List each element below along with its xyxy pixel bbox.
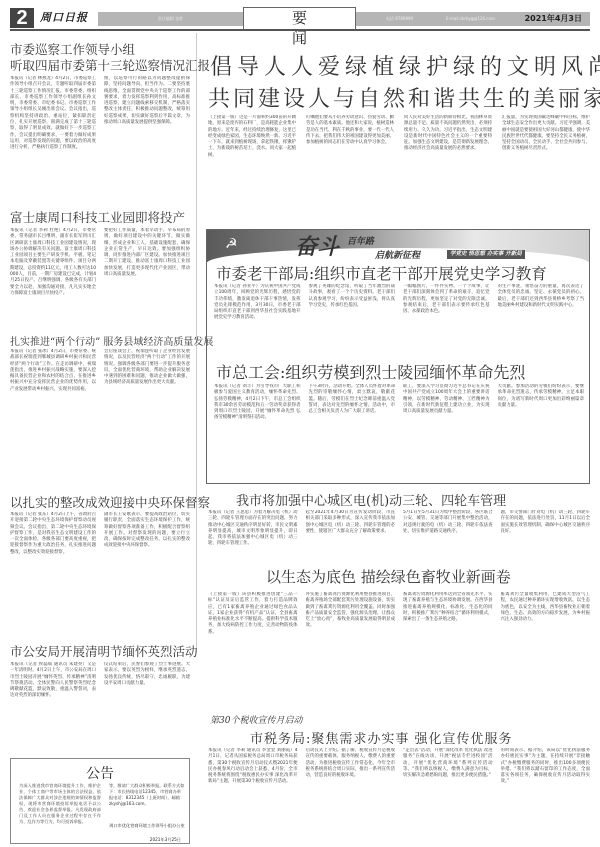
article-column: 本报讯（记者 王思思）为着力解决电（机）动三轮、四轮车管理方面存在的突出问题，努… xyxy=(208,510,298,572)
article-column: 本报讯（记者 侯磊斌 通讯员 朱建亮）又是一年清明时。4月2日上午，市公安局在周… xyxy=(10,662,96,752)
article-headline-tax: 市税务局:聚焦需求办实事 强化宣传优服务 xyxy=(250,728,513,747)
hammer-sickle-icon: ☭ xyxy=(225,236,238,252)
article-headline-env-inspection: 以扎实的整改成效迎接中央环保督察 xyxy=(10,493,210,511)
article-headline-vehicles: 我市将加强中心城区电(机)动三轮、四轮车管理 xyxy=(236,490,506,509)
article-body-inspection: 本报讯（记者 林燕龙）4月2日，市委巡察工作领导小组召开会议，专题听取四届市委第… xyxy=(10,76,190,180)
newspaper-logo: 周口日报 xyxy=(40,9,88,25)
article-column: 要把好工作质量，本着早动手、早布局的原则，做好项目建设中的关键环节，做实做细，形… xyxy=(104,228,190,322)
telephone: 电话 8789999 xyxy=(386,12,413,26)
article-column: 5月1日至5月31日为集中整治阶段，各区联合公安、城管、交通等部门开展集中整治活… xyxy=(403,510,493,572)
article-column: 副市长王安歌表示，要提高政治站位，切实履行职责，全面落实生态环境保护工作，统筹做… xyxy=(104,512,190,632)
article-body-retired-cadres: 本报讯（记者 孙亚平）为庆祝中国共产党成立100周年，回顾党的光辉历程，感悟党的… xyxy=(214,284,584,328)
masthead-rule xyxy=(10,29,590,31)
article-column: 会后座谈会上，祝瑞莲听取了企业经营发展情况，以及民营经济“两个行动”工作的开展情… xyxy=(104,349,190,489)
article-column: 起至2021年4月30日为宣传发动阶段，市直相关部门采取多种形式，深入宣传我市依… xyxy=(306,510,396,572)
article-column: 的时间表示。据介绍，该局以“优化执法服务 办好惠民实事”为主题，在持续开展“非接… xyxy=(501,748,591,842)
article-body-trade-union: 本报讯（记者 刘丰）为引导我市广大职工积极参与爱国主义教育活动，缅怀革命先烈、弘… xyxy=(214,384,584,478)
article-headline-trade-union: 市总工会:组织劳模到烈士陵园缅怀革命先烈 xyxy=(216,360,525,383)
article-column: “走出去”活动，开展“深化改革 优化执法 改进服务”在线访谈，开展“税法专栏进校… xyxy=(403,748,493,842)
banner-tags: 学党史 悟思想 办实事 开新局 xyxy=(447,250,525,259)
lead-headline-line1: 倡导人人爱绿植绿护绿的文明风尚 xyxy=(210,50,600,81)
article-headline-foxconn: 富士康周口科技工业园即将投产 xyxy=(10,208,185,226)
banner-title: 奋斗 xyxy=(295,230,339,261)
article-body-vehicles: 本报讯（记者 王思思）为着力解决电（机）动三轮、四轮车管理方面存在的突出问题，努… xyxy=(208,510,590,572)
masthead-bar-right: 电话 8789999 E-mail:zkrbyg@126.com 2021年4月… xyxy=(356,12,590,26)
article-column: 大贡献。参加活动的劳模们纷纷表示，要继承革命先烈遗志，传承劳模精神，立足本职岗位… xyxy=(498,384,585,478)
notice-body-left: 为深入推进我市营商环境提升工作，维护企业、个体工商户等市场主体的合法权益，依法保… xyxy=(19,783,101,841)
article-column: 推，以巡察可行的路以为问题整改提供保障，坚持问题导向、担当作为。二要坚持底线思维… xyxy=(104,76,190,180)
article-body-police: 本报讯（记者 侯磊斌 通讯员 朱建亮）又是一年清明时。4月2日上午，市公安局在周… xyxy=(10,662,190,752)
article-headline-two-actions: 扎实推进“两个行动” 服务县域经济高质量发展 xyxy=(10,333,213,348)
banner-line1: 百年路 xyxy=(347,234,374,247)
page-number: 2 xyxy=(10,8,34,28)
article-column: 汇报量，为实现我国碳达峰碳中和目标，维护全球生态安全作出更大贡献。习近平强调，美… xyxy=(502,115,590,219)
article-body-env-inspection: 本报讯（记者 张东）4月2日上午，省政府召开迎接第二轮中央生态环境保护督察动员视… xyxy=(10,512,190,632)
article-body-tax: 本报讯（记者 李莉 通讯员 李金金 刘丽霞）4月1日，记者从国家税务总局周口市税… xyxy=(208,748,590,842)
notice-date: 2021年3月25日 xyxy=(150,837,181,843)
article-column: 题，市交警部门针对电（机）动三轮、四轮车存在的问题，依法进行处罚，11月1日以后… xyxy=(501,510,591,572)
banner-line2: 启航新征程 xyxy=(375,248,420,261)
notice-title: 公告 xyxy=(11,763,189,783)
article-column: 的生产事迹，领悟奋力的重量，再次表达了全体党员的忠诚、坚定、永葆党员的初心。最后… xyxy=(498,284,585,328)
email: E-mail:zkrbyg@126.com xyxy=(446,12,495,26)
article-column: 并实施了畜禽粪污资源化利用整县推进项目，畜禽养殖场全部配套粪污处理设施设备，切实… xyxy=(306,592,396,710)
article-column: 下午3时许，活动开始。全体人员怀着对革命先烈的崇敬缅怀心情，肃立默哀，敬献花篮。… xyxy=(309,384,396,478)
article-column: （上接第一版）这是一片面积约300亩的开阔地，原来是废弃的石料厂，是高耗能企业集… xyxy=(208,115,296,219)
article-headline-inspection-line2: 听取四届市委第十三轮巡察情况汇报 xyxy=(10,56,210,74)
article-column: 本报讯（记者 刘丰）为引导我市广大职工积极参与爱国主义教育活动，缅怀革命先烈、弘… xyxy=(214,384,301,478)
editor-info: 责任编辑 张胜 xyxy=(98,12,243,26)
issue-date: 2021年4月3日 xyxy=(525,12,582,26)
article-body-ecology: （上接第一版）该县积极推进创建“三品一标”认证及证后监管工作，着力打造品牌效应，… xyxy=(208,592,590,710)
article-column: 畜禽粪污全量收集利用，已建成大型沼气工程，农民通过种养循环实现增收致富。以生态为… xyxy=(501,592,591,710)
article-headline-ecology: 以生态为底色 描绘绿色畜牧业新画卷 xyxy=(266,566,511,587)
article-column: 一幅幅图片、一件件实物、一个个故事，让老干部们深刻体会到了革命的艰辛，追忆党的光… xyxy=(403,284,490,328)
article-column: 仪式结束后，民警们参观了烈士事迹展。大家表示，要以英烈为榜样，继承英烈遗志，发扬… xyxy=(104,662,190,752)
article-headline-retired-cadres: 市委老干部局:组织市直老干部开展党史学习教育 xyxy=(216,262,547,284)
article-headline-police: 市公安局开展清明节缅怀英烈活动 xyxy=(10,642,198,660)
article-column: （上接第一版）该县积极推进创建“三品一标”认证及证后监管工作，着力打造品牌效应，… xyxy=(208,592,298,710)
article-column: 同人民对美好生活的新期待相比，我国林草资源总量不足、质量不高问题仍然突出，必须持… xyxy=(404,115,492,219)
article-column: 本报讯（记者 孙亚平）为庆祝中国共产党成立100周年，回顾党的光辉历程，感悟党的… xyxy=(214,284,301,328)
article-column: 本报讯（记者 李莉 通讯员 李金金 刘丽霞）4月1日，记者从国家税务总局周口市税… xyxy=(208,748,298,842)
article-body-foxconn: 本报讯（记者 李莉 杜艳）4月2日，市委常委、常务副市长吕继明，副市长崔军到川汇… xyxy=(10,228,190,322)
article-body-two-actions: 本报讯（记者 张冰）4月2日，市委常委、统战部长祝瑞莲到郸城县调研乡村振兴和民营… xyxy=(10,349,190,489)
article-column: 本报讯（记者 张冰）4月2日，市委常委、统战部长祝瑞莲到郸城县调研乡村振兴和民营… xyxy=(10,349,96,489)
masthead: 2 周口日报 责任编辑 张胜 要闻 电话 8789999 E-mail:zkrb… xyxy=(0,0,600,30)
masthead-bar-left: 责任编辑 张胜 xyxy=(98,12,243,26)
article-column: 本报讯（记者 张东）4月2日上午，省政府召开迎接第二轮中央生态环境保护督察动员视… xyxy=(10,512,96,632)
lead-headline-line2: 共同建设人与自然和谐共生的美丽家园 xyxy=(208,82,600,113)
section-title: 要闻 xyxy=(243,7,356,29)
article-column: 本报讯（记者 林燕龙）4月2日，市委巡察工作领导小组召开会议，专题听取四届市委第… xyxy=(10,76,96,180)
lead-article-body: （上接第一版）这是一片面积约300亩的开阔地，原来是废弃的石料厂，是高耗能企业集… xyxy=(208,115,590,219)
party-history-banner: ☭ 奋斗 百年路 启航新征程 学党史 悟思想 办实事 开新局 xyxy=(207,230,589,262)
article-column: 启动仪式上介绍。据了解，税收宣传月是税收宣传的重要载体，服务纳税人、缴费人的重要… xyxy=(306,748,396,842)
public-notice-box: 公告 为深入推进我市营商环境提升工作，维护企业、个体工商户等市场主体的合法权益，… xyxy=(10,758,190,844)
article-column: 畜禽粪污资源化利用率达到全省领先水平，实现了畜禽养殖与生态环境协调发展。在西华县… xyxy=(403,592,493,710)
article-column: 叮嘱他们要从小培养劳动意识、热爱劳动、勤劳是人的基本素质。他还和大家说，植树造林… xyxy=(306,115,394,219)
article-column: 参观了英雄的纪念馆，听取了当年激烈的战斗故事，观看了一个个历史资料。老干部们认真… xyxy=(309,284,396,328)
notice-body-right: 等，敬请广大群众积极举报。联系方式如下：市长热线电话12345，市营商办举报电话… xyxy=(109,783,185,809)
article-kicker-tax: 第30个税收宣传月启动 xyxy=(210,713,302,726)
notice-organization: 周口市优化营商环境工作领导小组办公室 xyxy=(109,823,185,829)
article-column: 职工，要深入学习贯彻习近平总书记在庆祝中国共产党成立100周年大会上的重要讲话精… xyxy=(403,384,490,478)
article-column: 本报讯（记者 李莉 杜艳）4月2日，市委常委、常务副市长吕继明，副市长崔军到川汇… xyxy=(10,228,96,322)
